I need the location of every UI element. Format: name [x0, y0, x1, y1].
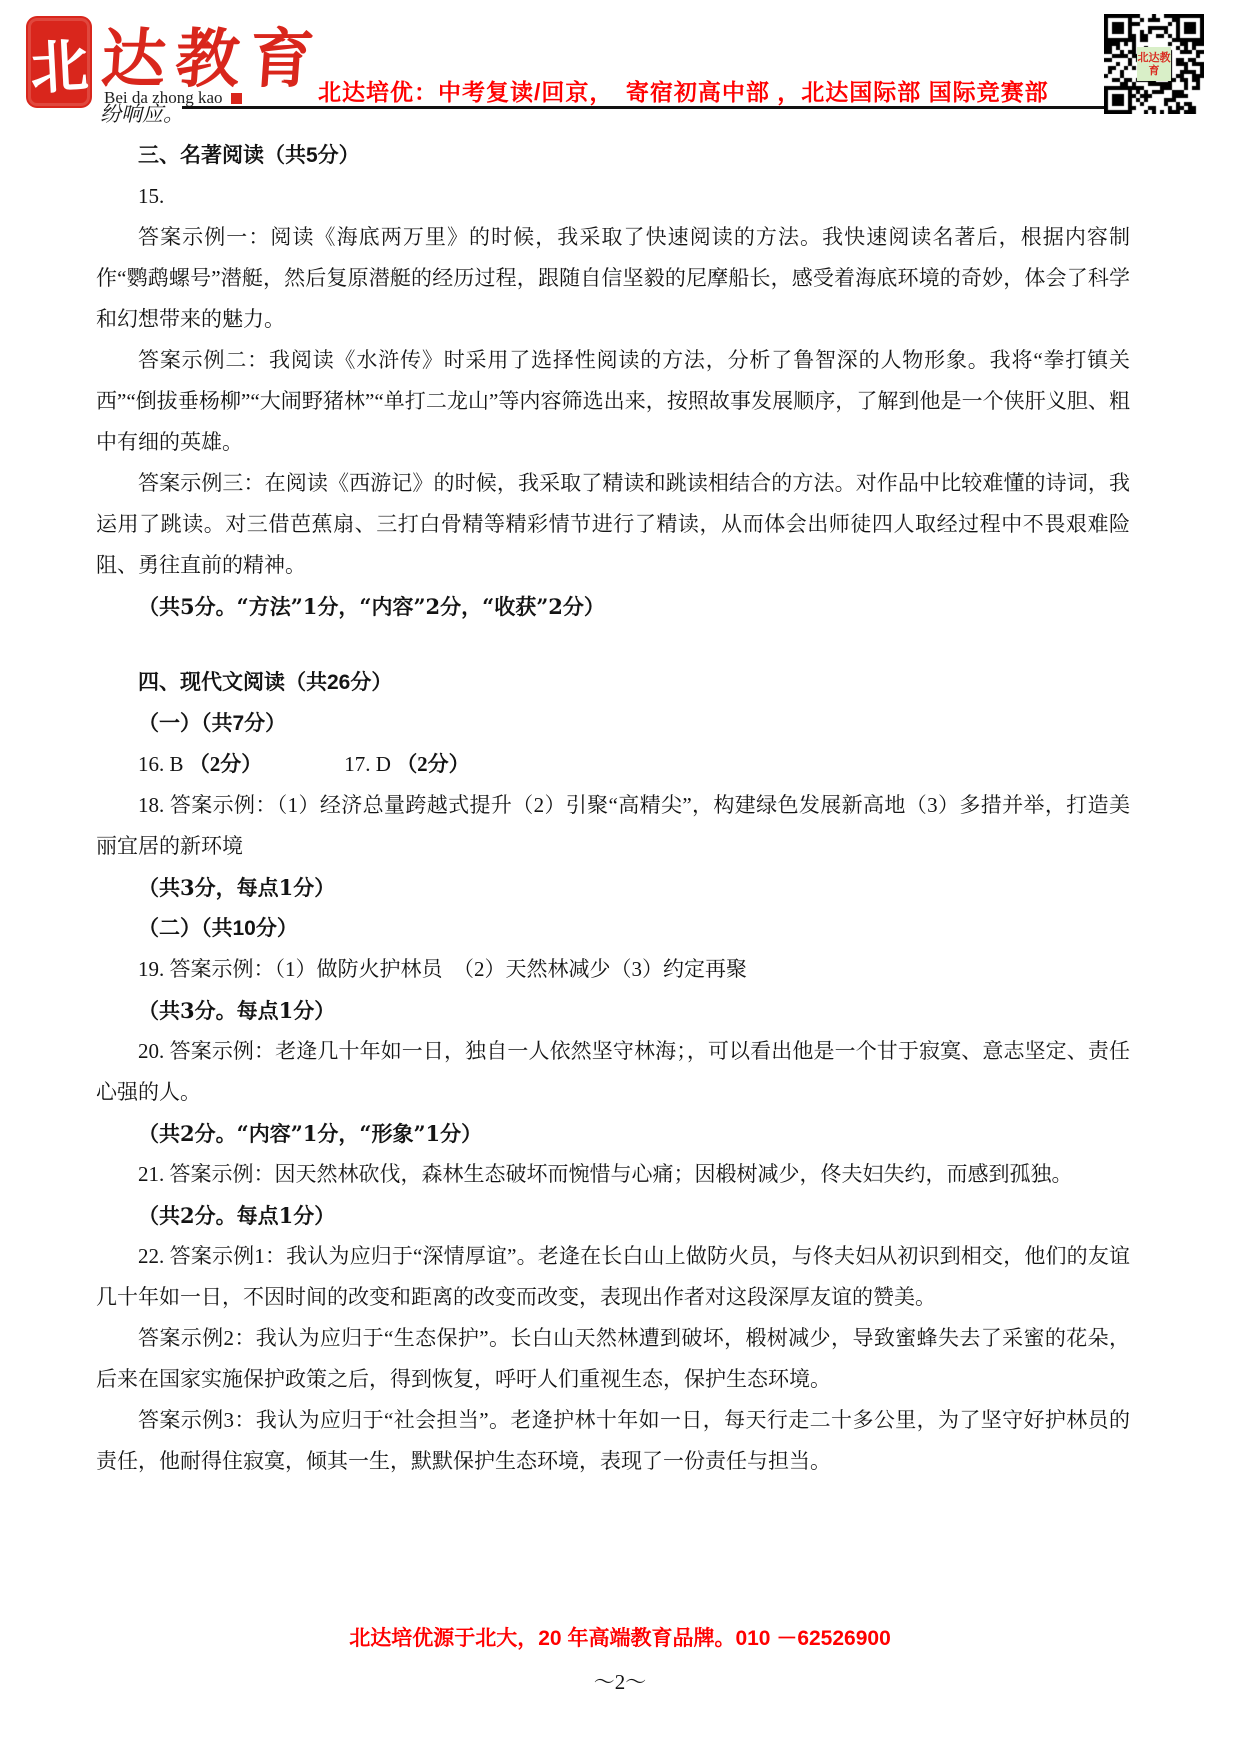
q16-q17-line: 16. B （2分）17. D （2分）: [96, 744, 1130, 785]
q18-score-note: （共3分，每点1分）: [96, 867, 1130, 908]
brand-seal-character: 北: [28, 19, 90, 106]
q18-answer: 18. 答案示例：（1）经济总量跨越式提升（2）引聚“高精尖”，构建绿色发展新高…: [96, 785, 1130, 867]
qr-center-label: 北达教育: [1137, 47, 1171, 81]
q19-answer: 19. 答案示例：（1）做防火护林员 （2）天然林减少（3）约定再聚: [96, 949, 1130, 990]
q22-answer-example-2: 答案示例2：我认为应归于“生态保护”。长白山天然林遭到破坏，椴树减少，导致蜜蜂失…: [96, 1318, 1130, 1400]
q21-answer: 21. 答案示例：因天然林砍伐，森林生态破坏而惋惜与心痛；因椴树减少，佟夫妇失约…: [96, 1154, 1130, 1195]
q17-answer: 17. D: [344, 752, 396, 776]
q15-score-note: （共5分。“方法”1分，“内容”2分，“收获”2分）: [96, 586, 1130, 627]
document-page: 北 达教育 Bei da zhong kao 北达培优：中考复读/回京， 寄宿初…: [0, 0, 1240, 1754]
brand-wordmark: 达教育: [99, 8, 327, 100]
q15-answer-example-3: 答案示例三：在阅读《西游记》的时候，我采取了精读和跳读相结合的方法。对作品中比较…: [96, 463, 1130, 586]
part2-heading: （二）（共10分）: [96, 908, 1130, 949]
intro-tail-line: 纷响应。: [96, 94, 1130, 135]
q22-answer-example-1: 22. 答案示例1：我认为应归于“深情厚谊”。老逄在长白山上做防火员，与佟夫妇从…: [96, 1236, 1130, 1318]
q16-score: （2分）: [189, 752, 263, 776]
part1-heading: （一）（共7分）: [96, 703, 1130, 744]
brand-seal-logo: 北: [28, 18, 90, 106]
q20-answer: 20. 答案示例：老逄几十年如一日，独自一人依然坚守林海；，可以看出他是一个甘于…: [96, 1031, 1130, 1113]
q17-score: （2分）: [396, 752, 470, 776]
q19-score-note: （共3分。每点1分）: [96, 990, 1130, 1031]
footer-slogan: 北达培优源于北大，20 年高端教育品牌。010 －62526900: [0, 1622, 1240, 1652]
page-number: ～2～: [0, 1666, 1240, 1696]
q16-answer: 16. B: [138, 752, 189, 776]
q15-answer-example-2: 答案示例二：我阅读《水浒传》时采用了选择性阅读的方法，分析了鲁智深的人物形象。我…: [96, 340, 1130, 463]
answer-key-body: 纷响应。 三、名著阅读（共5分） 15. 答案示例一：阅读《海底两万里》的时候，…: [96, 94, 1130, 1482]
section4-heading: 四、现代文阅读（共26分）: [96, 662, 1130, 703]
q15-number: 15.: [96, 176, 1130, 217]
q15-answer-example-1: 答案示例一：阅读《海底两万里》的时候，我采取了快速阅读的方法。我快速阅读名著后，…: [96, 217, 1130, 340]
q20-score-note: （共2分。“内容”1分，“形象”1分）: [96, 1113, 1130, 1154]
q22-answer-example-3: 答案示例3：我认为应归于“社会担当”。老逄护林十年如一日，每天行走二十多公里，为…: [96, 1400, 1130, 1482]
q21-score-note: （共2分。每点1分）: [96, 1195, 1130, 1236]
section3-heading: 三、名著阅读（共5分）: [96, 135, 1130, 176]
